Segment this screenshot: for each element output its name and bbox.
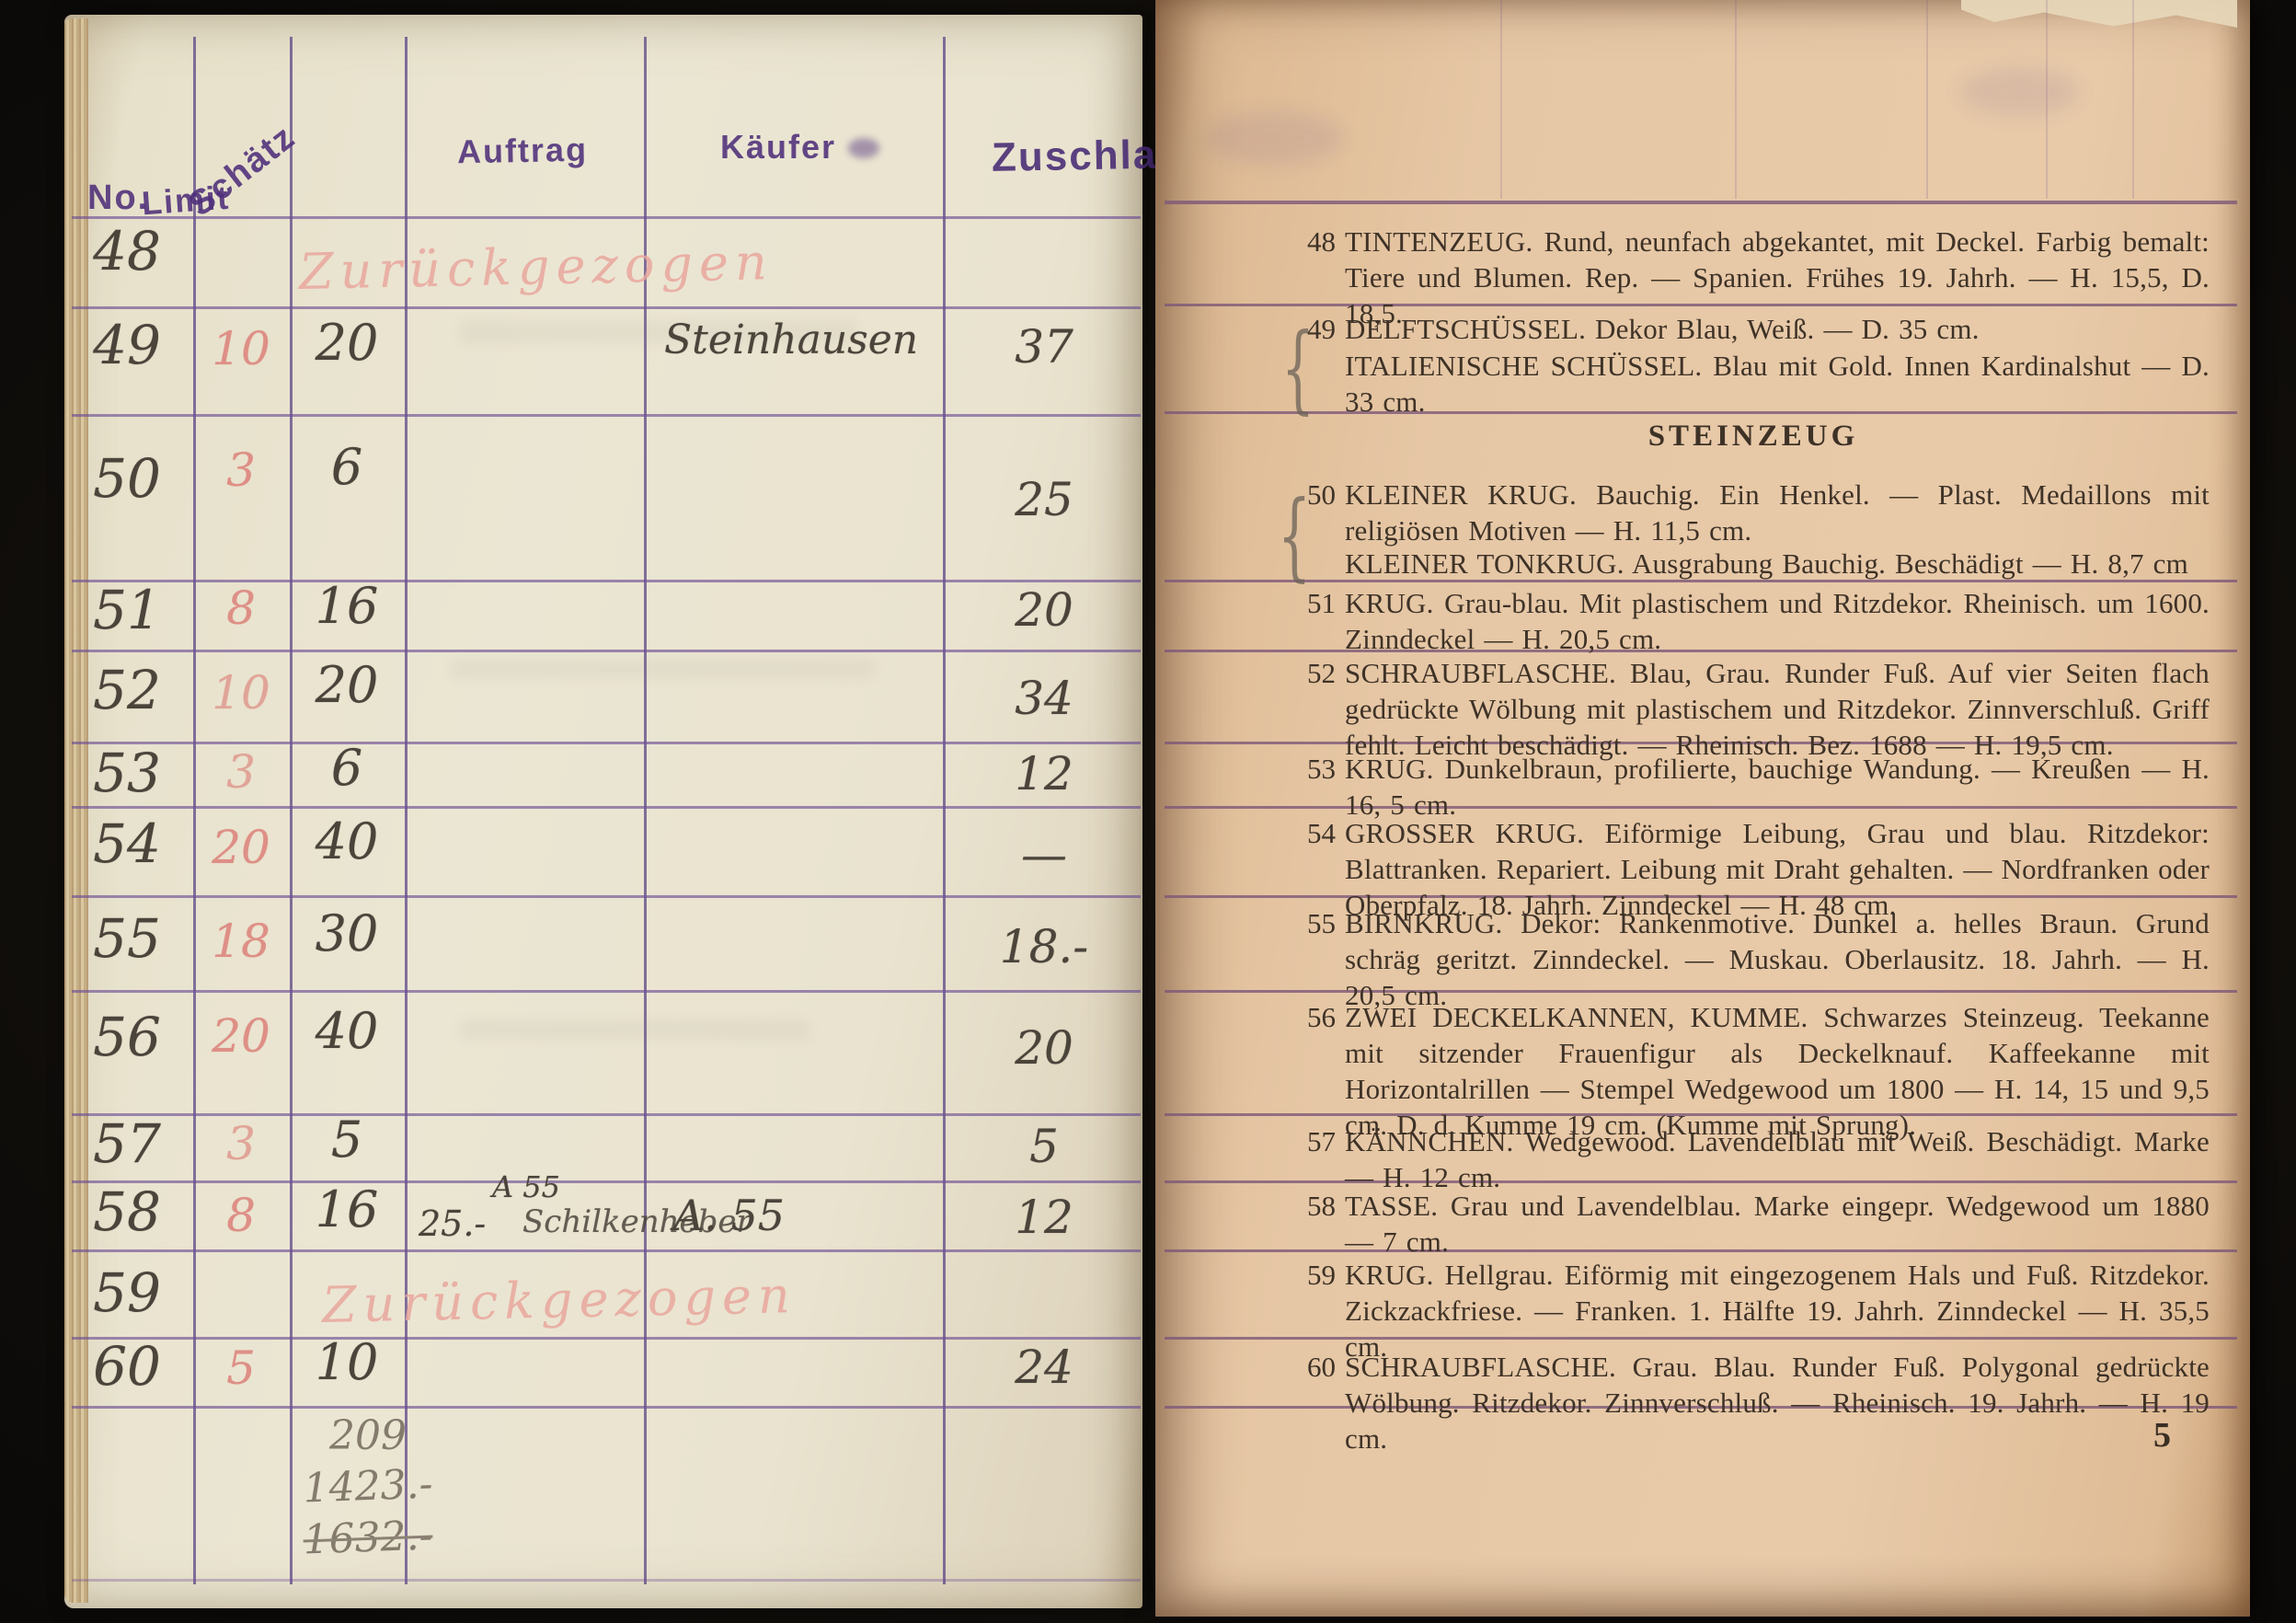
column-total: 209	[294, 1416, 442, 1456]
lot-number: 51	[75, 583, 178, 637]
buyer-name: A. 55	[673, 1194, 785, 1237]
torn-page-edge	[1961, 0, 2237, 28]
row-divider	[72, 1406, 1141, 1409]
entry-number: 56	[1293, 999, 1336, 1035]
bleed-through-line	[2132, 0, 2134, 199]
limit-value: 20	[195, 1013, 287, 1059]
estimate-value: 30	[293, 909, 401, 959]
lot-number: 48	[75, 224, 178, 278]
entry-number: 58	[1293, 1188, 1336, 1224]
column-total: 1423.-	[293, 1464, 442, 1510]
entry-text: KRUG. Grau-blau. Mit plastischem und Rit…	[1345, 585, 2210, 657]
estimate-value: 16	[293, 581, 401, 631]
hammer-price: —	[970, 832, 1118, 878]
hammer-price: 5	[970, 1123, 1118, 1169]
hammer-price: 20	[970, 1025, 1118, 1071]
page-number: 5	[2153, 1415, 2209, 1456]
entry-number: 48	[1293, 224, 1336, 259]
estimate-value: 40	[293, 1007, 401, 1056]
limit-value: 20	[195, 824, 287, 870]
hammer-price: 34	[970, 675, 1118, 721]
ledger-page: No. Limit Schätz Auftrag Käufer Zuschlag…	[64, 15, 1142, 1608]
estimate-value: 40	[293, 817, 401, 867]
entry-number: 54	[1293, 815, 1336, 851]
lot-number: 49	[75, 318, 178, 372]
lot-number: 56	[75, 1010, 178, 1064]
row-divider	[72, 1579, 1141, 1582]
header-underline	[72, 216, 1141, 219]
hammer-price: 18.-	[970, 924, 1118, 970]
row-divider	[72, 414, 1141, 417]
entry-text: KÄNNCHEN. Wedgewood. Lavendelblau mit We…	[1345, 1123, 2210, 1195]
buyer-name: Steinhausen	[664, 320, 940, 361]
limit-value: 8	[195, 1192, 287, 1238]
ink-smudge	[1206, 110, 1344, 166]
entry-text: KLEINER KRUG. Bauchig. Ein Henkel. — Pla…	[1345, 477, 2210, 548]
lot-number: 60	[75, 1340, 178, 1393]
entry-number: 53	[1293, 751, 1336, 787]
entry-number: 55	[1293, 905, 1336, 941]
lot-number: 59	[75, 1266, 178, 1319]
order-amount: 25.-	[419, 1206, 486, 1241]
row-divider	[72, 806, 1141, 809]
limit-value: 10	[195, 326, 287, 372]
column-header-schaetz: Schätz	[183, 119, 302, 223]
row-divider	[72, 1337, 1141, 1340]
lot-number: 50	[75, 452, 178, 505]
hammer-price: 25	[970, 477, 1118, 523]
hammer-price: 20	[970, 587, 1118, 633]
withdrawn-note: Zurückgezogen	[299, 233, 999, 297]
row-divider	[72, 895, 1141, 898]
limit-value: 3	[195, 447, 287, 493]
column-total-struck: 1632.-	[293, 1515, 442, 1561]
entry-text: KLEINER TONKRUG. Ausgrabung Bauchig. Bes…	[1345, 546, 2210, 581]
row-divider	[72, 1180, 1141, 1183]
lot-number: 57	[75, 1117, 178, 1170]
hammer-price: 24	[970, 1344, 1118, 1390]
lot-number: 58	[75, 1185, 178, 1238]
estimate-value: 20	[293, 318, 401, 368]
bleed-through	[460, 1019, 809, 1040]
handwritten-brace: {	[1281, 320, 1314, 416]
estimate-value: 10	[293, 1338, 401, 1387]
entry-text: DELFTSCHÜSSEL. Dekor Blau, Weiß. — D. 35…	[1345, 311, 2210, 347]
section-heading: STEINZEUG	[1293, 420, 2213, 454]
entry-number: 51	[1293, 585, 1336, 621]
lot-number: 54	[75, 817, 178, 870]
book-photo: No. Limit Schätz Auftrag Käufer Zuschlag…	[0, 0, 2296, 1623]
entry-text: ITALIENISCHE SCHÜSSEL. Blau mit Gold. In…	[1345, 348, 2210, 420]
lot-number: 55	[75, 912, 178, 965]
entry-text: TASSE. Grau und Lavendelblau. Marke eing…	[1345, 1188, 2210, 1260]
bleed-through-line	[1735, 0, 1737, 199]
handwritten-brace: {	[1278, 488, 1311, 583]
entry-number: 60	[1293, 1349, 1336, 1385]
entry-text: KRUG. Dunkelbraun, profilierte, bauchige…	[1345, 751, 2210, 823]
estimate-value: 5	[293, 1115, 401, 1165]
limit-value: 5	[195, 1345, 287, 1391]
entry-text: BIRNKRUG. Dekor: Rankenmotive. Dunkel a.…	[1345, 905, 2210, 1013]
column-header-auftrag: Auftrag	[457, 133, 589, 168]
ink-smudge	[1960, 66, 2080, 117]
ink-smudge	[848, 138, 879, 158]
hammer-price: 12	[970, 751, 1118, 797]
estimate-value: 20	[293, 661, 401, 710]
entry-number: 59	[1293, 1257, 1336, 1293]
column-header-kaeufer: Käufer	[720, 131, 836, 164]
hammer-price: 37	[970, 324, 1118, 370]
row-divider	[72, 1113, 1141, 1116]
bleed-through-line	[1500, 0, 1502, 199]
entry-text: SCHRAUBFLASCHE. Grau. Blau. Runder Fuß. …	[1345, 1349, 2210, 1456]
row-divider	[72, 1249, 1141, 1252]
estimate-value: 16	[293, 1185, 401, 1235]
bleed-through-line	[1926, 0, 1928, 199]
limit-value: 3	[195, 749, 287, 795]
bleed-through	[451, 659, 874, 679]
entry-number: 57	[1293, 1123, 1336, 1159]
entry-number: 52	[1293, 655, 1336, 691]
entry-divider	[1165, 201, 2237, 204]
estimate-value: 6	[293, 743, 401, 793]
estimate-value: 6	[293, 443, 401, 492]
lot-number: 53	[75, 746, 178, 800]
limit-value: 10	[195, 670, 287, 716]
limit-value: 18	[195, 918, 287, 964]
order-reference: A 55	[492, 1172, 560, 1202]
row-divider	[72, 306, 1141, 309]
entry-text: ZWEI DECKELKANNEN, KUMME. Schwarzes Stei…	[1345, 999, 2210, 1143]
limit-value: 3	[195, 1121, 287, 1167]
row-divider	[72, 650, 1141, 652]
entry-text: SCHRAUBFLASCHE. Blau, Grau. Runder Fuß. …	[1345, 655, 2210, 763]
row-divider	[72, 990, 1141, 993]
lot-number: 52	[75, 663, 178, 717]
catalog-page: 48 TINTENZEUG. Rund, neunfach abgekantet…	[1155, 0, 2250, 1617]
row-divider	[72, 742, 1141, 744]
hammer-price: 12	[970, 1194, 1118, 1240]
limit-value: 8	[195, 585, 287, 631]
withdrawn-note: Zurückgezogen	[322, 1266, 1022, 1330]
